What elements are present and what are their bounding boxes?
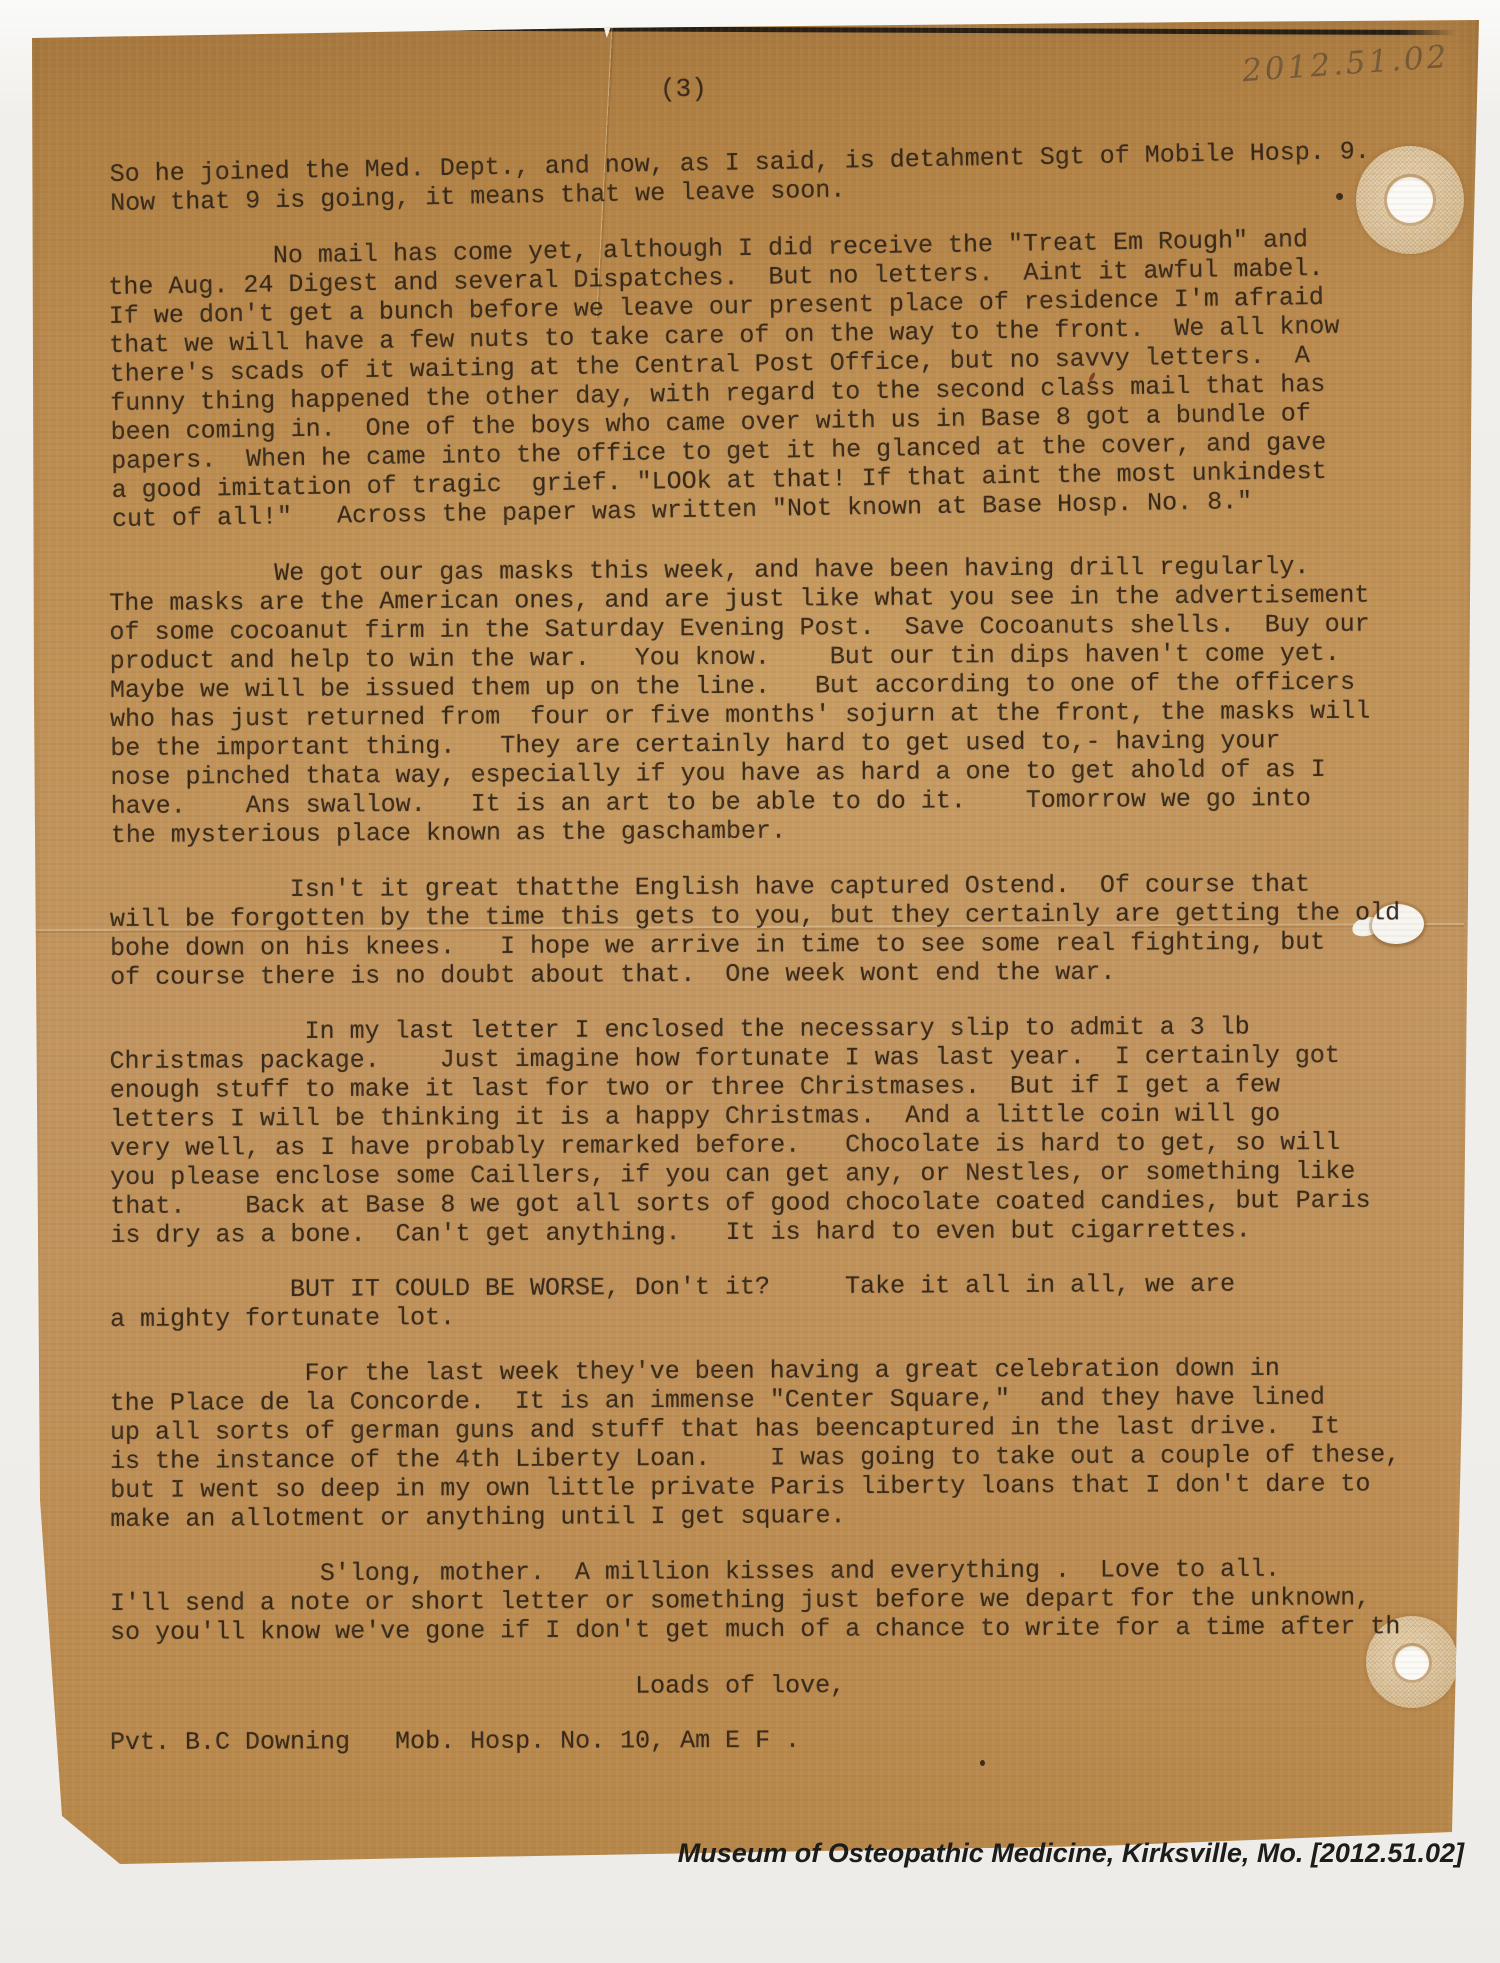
letter-paper-sheet: (3) 2012.51.02 So he joined the Med. Dep…: [0, 0, 1500, 1963]
letter-paragraph: No mail has come yet, although I did rec…: [108, 223, 1422, 534]
letter-paragraph: S'long, mother. A million kisses and eve…: [110, 1554, 1420, 1647]
letter-paragraph: We got our gas masks this week, and have…: [109, 551, 1421, 850]
accession-number-handwritten: 2012.51.02: [1241, 39, 1451, 89]
archive-caption: Museum of Osteopathic Medicine, Kirksvil…: [678, 1838, 1464, 1869]
letter-paragraph: So he joined the Med. Dept., and now, as…: [109, 136, 1420, 218]
paper-top-edge-shadow: [48, 24, 1456, 35]
letter-paragraph: In my last letter I enclosed the necessa…: [109, 1012, 1420, 1250]
letter-signature: Pvt. B.C Downing Mob. Hosp. No. 10, Am E…: [110, 1724, 1420, 1757]
page-number: (3): [660, 74, 707, 105]
letter-paragraph: For the last week they've been having a …: [110, 1353, 1421, 1534]
letter-closing: Loads of love,: [110, 1670, 1420, 1702]
letter-paragraph: BUT IT COULD BE WORSE, Don't it? Take it…: [110, 1269, 1420, 1334]
scan-background: { "page_label": "(3)", "accession_handwr…: [0, 0, 1500, 1963]
letter-paragraphs: So he joined the Med. Dept., and now, as…: [110, 160, 1420, 1647]
letter-body: So he joined the Med. Dept., and now, as…: [110, 160, 1420, 1783]
letter-paragraph: Isn't it great thatthe English have capt…: [110, 869, 1421, 992]
